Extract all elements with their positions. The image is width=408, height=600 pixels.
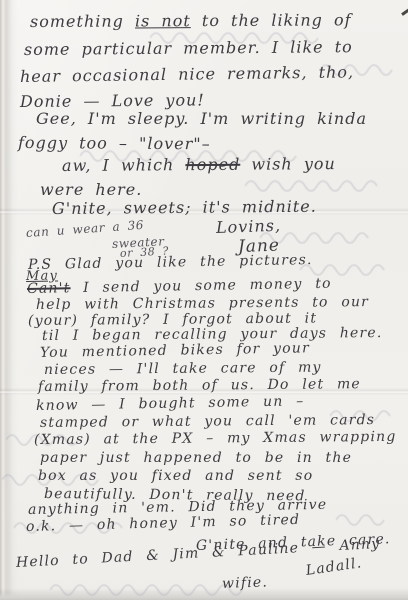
- letter-line: some particular member. I like to: [24, 37, 353, 59]
- scan-left-edge-shadow: [0, 0, 18, 600]
- postscript-line: help with Christmas presents to our: [36, 294, 369, 313]
- letter-text: wish you: [251, 154, 336, 174]
- letter-line: Gee, I'm sleepy. I'm writing kinda: [36, 109, 367, 128]
- postscript-line: nieces — I'll take care of my: [44, 360, 322, 378]
- postscript-line: (Xmas) at the PX – my Xmas wrapping: [34, 429, 397, 448]
- struck-word: Can't: [27, 280, 71, 297]
- letter-page: something is not to the liking of some p…: [0, 0, 408, 600]
- signature-wifie: wifie.: [222, 574, 269, 592]
- postscript-line: know — I bought some un –: [36, 393, 305, 414]
- closing-lovins: Lovins,: [216, 216, 282, 237]
- letter-text: aw, I which: [62, 155, 174, 175]
- letter-line: Donie — Love you!: [20, 90, 205, 111]
- struck-word: hoped: [185, 155, 240, 174]
- letter-text: I send you some money to: [83, 276, 332, 296]
- letter-line: hear occasional nice remarks, tho,: [20, 62, 354, 86]
- bleed-through-writing: [300, 262, 395, 276]
- underlined-words: is not: [135, 11, 191, 30]
- postscript-line: stamped or what you call 'em cards: [40, 412, 375, 431]
- letter-text: something: [30, 12, 124, 31]
- bleed-through-writing: [336, 512, 396, 526]
- postscript-line: P.S Glad you like the pictures.: [28, 252, 313, 273]
- postscript-line: family from both of us. Do let me: [38, 376, 361, 395]
- corner-ink-mark: [392, 0, 408, 16]
- signature-surname: Ladall.: [305, 555, 363, 579]
- letter-line: G'nite, sweets; it's midnite.: [52, 197, 317, 218]
- bleed-through-writing: [245, 178, 385, 192]
- letter-line: were here.: [40, 180, 142, 199]
- postscript-line: Can't I send you some money to: [27, 276, 332, 297]
- postscript-line: You mentioned bikes for your: [40, 340, 310, 361]
- letter-line: aw, I which hoped wish you: [62, 154, 336, 175]
- letter-line: foggy too – "lover"–: [18, 133, 211, 153]
- postscript-line: box as you fixed and sent so: [38, 468, 313, 484]
- letter-line: something is not to the liking of: [30, 10, 352, 31]
- letter-text: to the liking of: [202, 10, 352, 30]
- postscript-line: paper just happened to be in the: [40, 450, 352, 466]
